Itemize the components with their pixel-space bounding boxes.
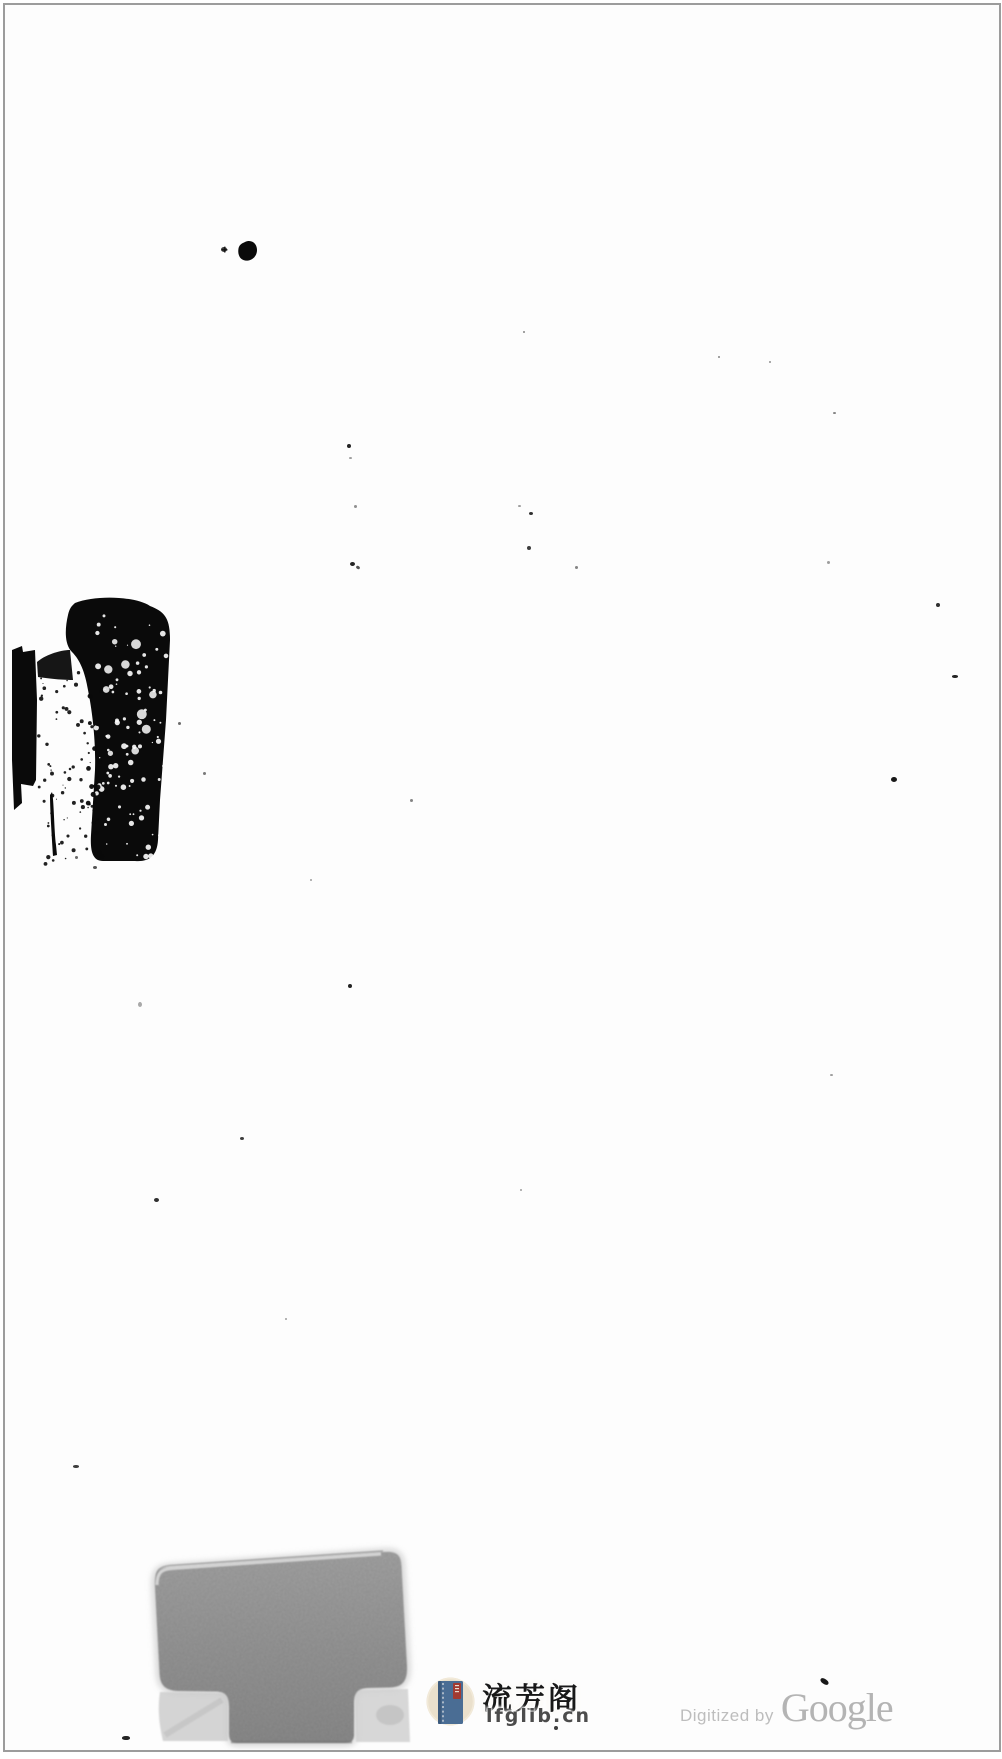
- scanned-book-page: 流芳阁 lfglib.cn Digitized by Google: [0, 0, 1002, 1759]
- speck: [830, 1074, 833, 1076]
- google-credit: Digitized by Google: [680, 1684, 893, 1730]
- clip-flank-blotch: [376, 1705, 404, 1725]
- speck: [520, 1189, 522, 1191]
- stamp-left-bar: [12, 646, 37, 810]
- speck: [827, 561, 830, 564]
- speck: [221, 247, 227, 252]
- speck: [354, 505, 357, 508]
- speck: [518, 505, 521, 507]
- ink-stamp-blot: [0, 585, 210, 885]
- speck: [349, 457, 352, 459]
- google-logo: Google: [781, 1684, 893, 1731]
- speck: [833, 412, 836, 414]
- speck: [138, 1002, 142, 1007]
- speck: [93, 866, 97, 869]
- speck: [154, 1198, 159, 1202]
- stamp-main-blob: [66, 598, 170, 861]
- speck: [952, 675, 958, 678]
- speck: [718, 356, 720, 358]
- lfglib-watermark: 流芳阁 lfglib.cn: [426, 1674, 666, 1730]
- speck: [347, 444, 351, 448]
- speck: [936, 603, 940, 607]
- speck: [527, 546, 531, 550]
- speck: [240, 1137, 244, 1140]
- speck: [75, 856, 78, 859]
- paper-clip-shadow: [115, 1535, 425, 1750]
- speck: [348, 984, 352, 988]
- stamp-smudge: [37, 650, 73, 680]
- digitized-by-label: Digitized by: [680, 1706, 774, 1726]
- book-icon: [426, 1677, 475, 1726]
- speck: [203, 772, 206, 775]
- speck: [310, 879, 312, 881]
- ink-blot-small: [215, 235, 265, 270]
- speck: [410, 799, 413, 802]
- speck: [575, 566, 578, 569]
- speck: [178, 722, 181, 725]
- speck: [891, 777, 897, 782]
- stamp-thin-stroke: [50, 792, 57, 856]
- speck: [529, 512, 533, 515]
- speck: [350, 562, 355, 566]
- speck: [523, 331, 525, 333]
- watermark-site-domain: lfglib.cn: [486, 1705, 591, 1727]
- speck: [122, 1736, 130, 1740]
- speck: [285, 1318, 287, 1320]
- speck: [73, 1465, 79, 1468]
- speck: [769, 361, 771, 363]
